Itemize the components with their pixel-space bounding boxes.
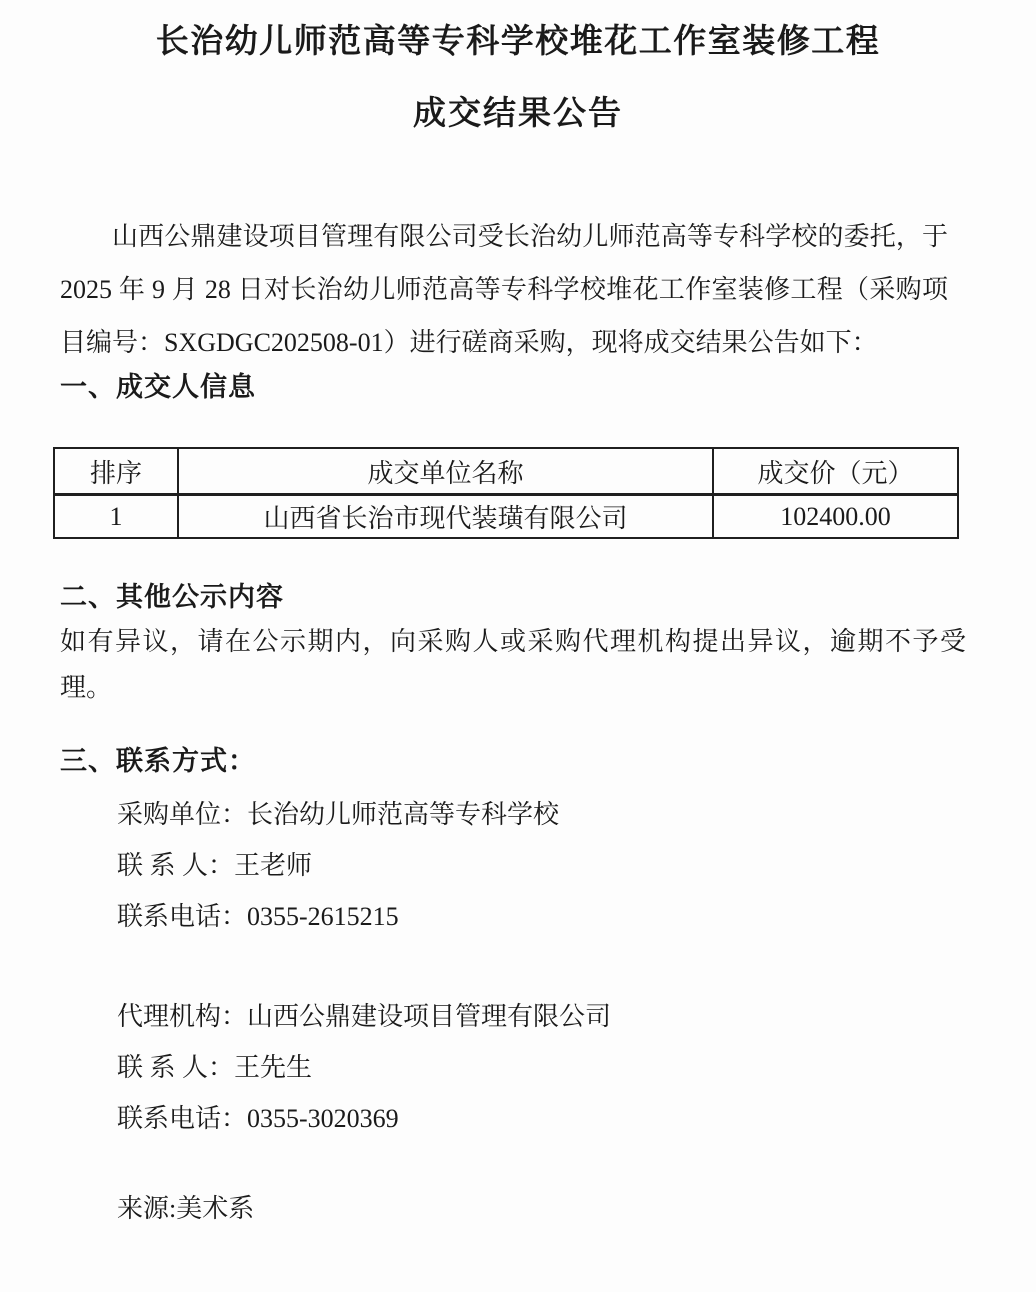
table-header-price: 成交价（元） <box>713 448 958 495</box>
agency-person-line: 联 系 人：王先生 <box>117 1042 1036 1093</box>
source-attribution: 来源:美术系 <box>117 1183 1036 1234</box>
agency-person-label: 联 系 人： <box>117 1053 234 1082</box>
agency-phone-line: 联系电话：0355-3020369 <box>117 1093 1036 1144</box>
agency-unit-line: 代理机构：山西公鼎建设项目管理有限公司 <box>117 991 1036 1042</box>
cell-price: 102400.00 <box>713 495 958 539</box>
table-header-row: 排序 成交单位名称 成交价（元） <box>54 448 958 495</box>
table-header-rank: 排序 <box>54 448 178 495</box>
purchaser-unit-label: 采购单位： <box>117 800 247 829</box>
objection-notice-text: 如有异议，请在公示期内，向采购人或采购代理机构提出异议，逾期不予受理。 <box>60 619 966 711</box>
section-heading-contact-info: 三、联系方式： <box>60 743 948 779</box>
document-title: 长治幼儿师范高等专科学校堆花工作室装修工程 <box>0 20 1036 62</box>
purchaser-person-label: 联 系 人： <box>117 851 234 880</box>
result-table: 排序 成交单位名称 成交价（元） 1 山西省长治市现代装璜有限公司 102400… <box>53 447 959 539</box>
agency-person-value: 王先生 <box>234 1053 312 1082</box>
table-header-supplier: 成交单位名称 <box>178 448 713 495</box>
announcement-document: 长治幼儿师范高等专科学校堆花工作室装修工程 成交结果公告 山西公鼎建设项目管理有… <box>0 0 1036 1292</box>
document-subtitle: 成交结果公告 <box>0 92 1036 134</box>
agency-unit-label: 代理机构： <box>117 1002 247 1031</box>
purchaser-unit-line: 采购单位：长治幼儿师范高等专科学校 <box>117 789 1036 840</box>
purchaser-unit-value: 长治幼儿师范高等专科学校 <box>247 800 559 829</box>
cell-rank: 1 <box>54 495 178 539</box>
agency-phone-label: 联系电话： <box>117 1104 247 1133</box>
section-heading-other-notice: 二、其他公示内容 <box>60 579 948 615</box>
table-row: 1 山西省长治市现代装璜有限公司 102400.00 <box>54 495 958 539</box>
section-heading-winner-info: 一、成交人信息 <box>60 369 948 405</box>
purchaser-phone-value: 0355-2615215 <box>247 902 399 931</box>
purchaser-person-line: 联 系 人：王老师 <box>117 840 1036 891</box>
intro-paragraph: 山西公鼎建设项目管理有限公司受长治幼儿师范高等专科学校的委托，于2025 年 9… <box>60 210 948 369</box>
cell-supplier: 山西省长治市现代装璜有限公司 <box>178 495 713 539</box>
agency-phone-value: 0355-3020369 <box>247 1104 399 1133</box>
purchaser-contact-group: 采购单位：长治幼儿师范高等专科学校 联 系 人：王老师 联系电话：0355-26… <box>117 789 1036 942</box>
purchaser-person-value: 王老师 <box>234 851 312 880</box>
purchaser-phone-line: 联系电话：0355-2615215 <box>117 891 1036 942</box>
agency-unit-value: 山西公鼎建设项目管理有限公司 <box>247 1002 611 1031</box>
purchaser-phone-label: 联系电话： <box>117 902 247 931</box>
agency-contact-group: 代理机构：山西公鼎建设项目管理有限公司 联 系 人：王先生 联系电话：0355-… <box>117 991 1036 1144</box>
